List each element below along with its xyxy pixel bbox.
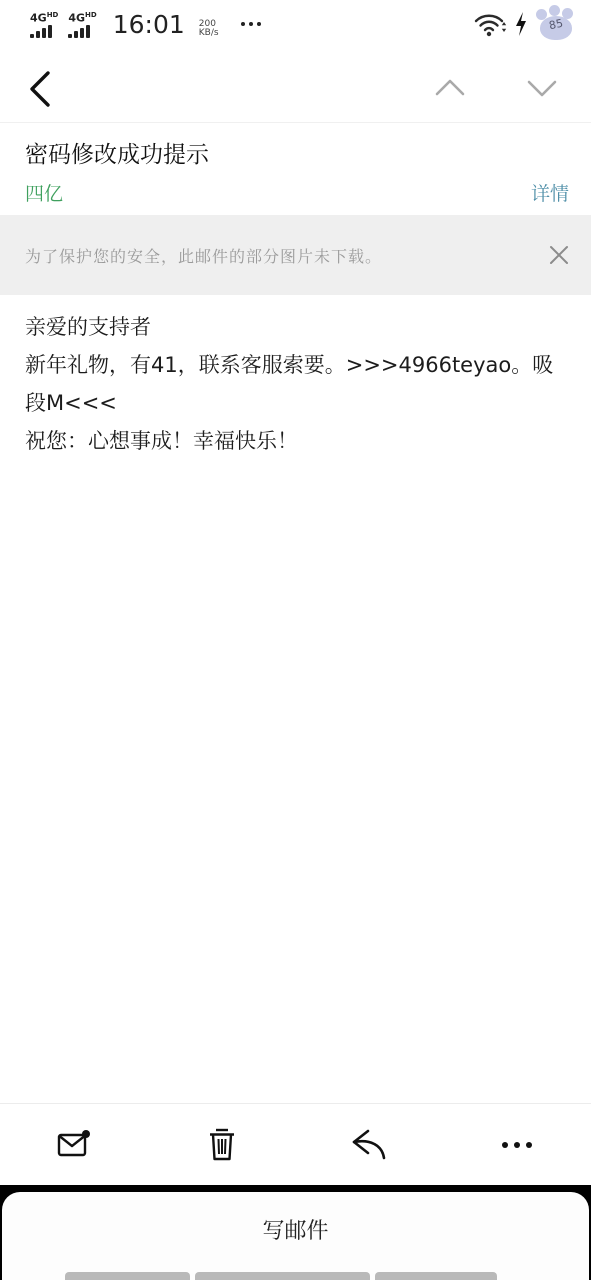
compose-sheet-title: 写邮件 (2, 1214, 589, 1245)
wifi-icon (473, 10, 507, 38)
charging-bolt-icon (513, 10, 529, 38)
mail-header: 密码修改成功提示 四亿 详情 (0, 123, 591, 215)
signal-bars-icon (68, 25, 90, 38)
details-link[interactable]: 详情 (531, 179, 569, 206)
sender-name[interactable]: 四亿 (25, 179, 63, 206)
reply-icon (346, 1123, 392, 1167)
network-speed: 200 KB/s (199, 20, 219, 38)
reply-button[interactable] (332, 1117, 406, 1173)
sim2-signal: 4GHD (68, 10, 96, 39)
body-line: 亲爱的支持者 (25, 308, 566, 346)
nav-bar (0, 55, 591, 123)
body-line: 新年礼物，有41，联系客服索要。>>>4966teyao。吸段M<<< (25, 346, 566, 422)
sim1-network-label: 4GHD (30, 10, 58, 24)
sheet-action-chip[interactable] (65, 1272, 190, 1280)
sheet-action-chip[interactable] (195, 1272, 370, 1280)
trash-icon (200, 1123, 244, 1167)
compose-sheet[interactable]: 写邮件 (2, 1192, 589, 1280)
compose-sheet-backdrop: 写邮件 (0, 1185, 591, 1280)
sim2-network-label: 4GHD (68, 10, 96, 24)
body-line: 祝您：心想事成！幸福快乐！ (25, 422, 566, 460)
banner-text: 为了保护您的安全，此邮件的部分图片未下载。 (25, 244, 382, 267)
mail-unread-icon (52, 1123, 96, 1167)
back-icon[interactable] (24, 69, 60, 109)
sender-row: 四亿 详情 (25, 179, 569, 206)
images-blocked-banner: 为了保护您的安全，此邮件的部分图片未下载。 (0, 215, 591, 295)
mail-toolbar (0, 1103, 591, 1186)
paw-battery-icon: 85 (535, 6, 577, 42)
mark-unread-button[interactable] (37, 1117, 111, 1173)
signal-bars-icon (30, 25, 52, 38)
sheet-action-chip[interactable] (375, 1272, 497, 1280)
status-left: 4GHD 4GHD 16:01 200 KB/s (30, 10, 261, 39)
status-bar: 4GHD 4GHD 16:01 200 KB/s (0, 0, 591, 48)
more-button[interactable] (480, 1117, 554, 1173)
close-icon[interactable] (547, 243, 571, 267)
speed-unit: KB/s (199, 29, 219, 38)
mail-body: 亲爱的支持者 新年礼物，有41，联系客服索要。>>>4966teyao。吸段M<… (25, 308, 566, 460)
clock: 16:01 (113, 12, 185, 38)
more-icon (495, 1123, 539, 1167)
more-dots-icon (241, 22, 261, 26)
delete-button[interactable] (185, 1117, 259, 1173)
status-right: 85 (473, 6, 577, 42)
sim1-signal: 4GHD (30, 10, 58, 39)
email-reader-screen: 4GHD 4GHD 16:01 200 KB/s (0, 0, 591, 1280)
next-mail-chevron-down-icon[interactable] (525, 73, 559, 103)
mail-subject: 密码修改成功提示 (25, 136, 566, 169)
previous-mail-chevron-up-icon[interactable] (433, 73, 467, 103)
